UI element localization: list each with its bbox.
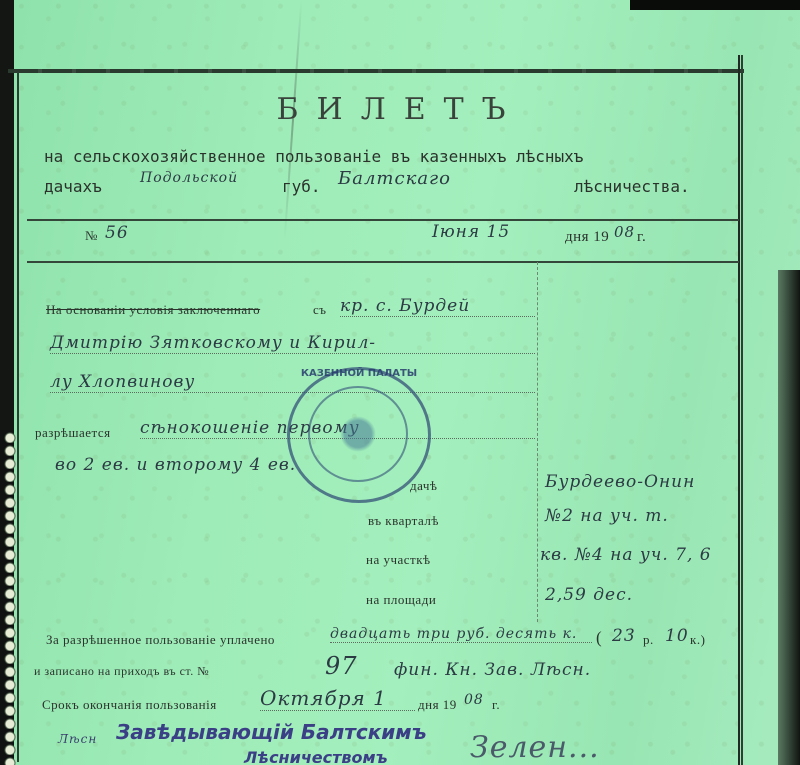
kop-label: к.): [690, 632, 705, 648]
subtitle-line-1: на сельскохозяйственное пользованіе въ к…: [44, 147, 583, 166]
year-suffix: г.: [637, 229, 646, 246]
with-label: съ: [313, 302, 327, 318]
double-headed-eagle-icon: [338, 412, 378, 456]
signature-stamp-line-1: Завѣдывающій Балтскимъ: [116, 720, 427, 744]
date-label: дня 19: [565, 229, 609, 246]
province-label: губ.: [282, 177, 321, 196]
year-handwritten: 08: [614, 223, 635, 241]
divider-1: [27, 219, 739, 221]
end-year: 08: [464, 692, 484, 708]
frame-border-top: [8, 69, 744, 73]
frame-border-left: [17, 72, 19, 762]
number-value: 56: [105, 223, 129, 243]
recorded-label: и записано на приходъ въ ст. №: [34, 664, 209, 679]
forestry-handwritten: Балтскаго: [338, 168, 451, 189]
paid-label: За разрѣшенное пользованіе уплачено: [46, 632, 275, 648]
subtitle-prefix: дачахъ: [44, 177, 102, 196]
column-divider: [537, 262, 538, 622]
rub-label: р.: [643, 632, 654, 648]
signature-stamp-line-2: Лѣсничествомъ: [244, 748, 388, 765]
permitted-line-2: во 2 ев. и второму 4 ев.: [55, 455, 296, 475]
scan-edge-right: [778, 270, 800, 765]
permitted-label: разрѣшается: [35, 425, 111, 441]
seal-text: КАЗЕННОЙ ПАЛАТЫ: [290, 368, 428, 379]
area-label: на площади: [366, 592, 436, 608]
recorded-note: фин. Кн. Зав. Лѣсн.: [394, 660, 591, 680]
kvartal-label: въ кварталѣ: [368, 513, 439, 529]
frame-border-right: [738, 55, 743, 765]
end-date-label: дня 19: [418, 697, 457, 713]
dacha-label: дачѣ: [410, 478, 437, 494]
forestry-label: лѣсничества.: [574, 177, 690, 196]
signature-abbrev: Лѣсн: [58, 732, 97, 746]
date-handwritten: Іюня 15: [432, 222, 510, 242]
area-value: 2,59 дес.: [545, 585, 633, 605]
province-handwritten: Подольской: [140, 170, 238, 186]
paid-open-paren: (: [596, 628, 602, 648]
uchastok-value: кв. №4 на уч. 7, 6: [540, 545, 712, 565]
document-title: БИЛЕТЪ: [0, 92, 800, 127]
party-line-1: кр. с. Бурдей: [340, 296, 535, 317]
party-line-2: Дмитрію Зятковскому и Кирил-: [50, 333, 535, 354]
end-label: Срокъ окончанія пользованія: [42, 697, 217, 713]
number-label: №: [85, 228, 98, 244]
seal-inner-ring: [308, 386, 408, 482]
struck-clause: На основаніи условія заключеннаго: [46, 302, 260, 318]
dacha-value: Бурдеево-Онин: [545, 472, 695, 492]
end-suffix: г.: [492, 697, 500, 713]
divider-2: [27, 261, 739, 263]
uchastok-label: на участкѣ: [366, 552, 431, 568]
paid-words: двадцать три руб. десять к.: [330, 626, 592, 643]
recorded-number: 97: [325, 652, 358, 680]
scan-edge-top: [630, 0, 800, 10]
kopecks-value: 10: [665, 626, 689, 646]
rubles-value: 23: [612, 626, 636, 646]
end-handwritten: Октября 1: [260, 686, 415, 711]
kvartal-value: №2 на уч. т.: [545, 506, 669, 526]
signature-scrawl: Зелен...: [470, 730, 600, 765]
